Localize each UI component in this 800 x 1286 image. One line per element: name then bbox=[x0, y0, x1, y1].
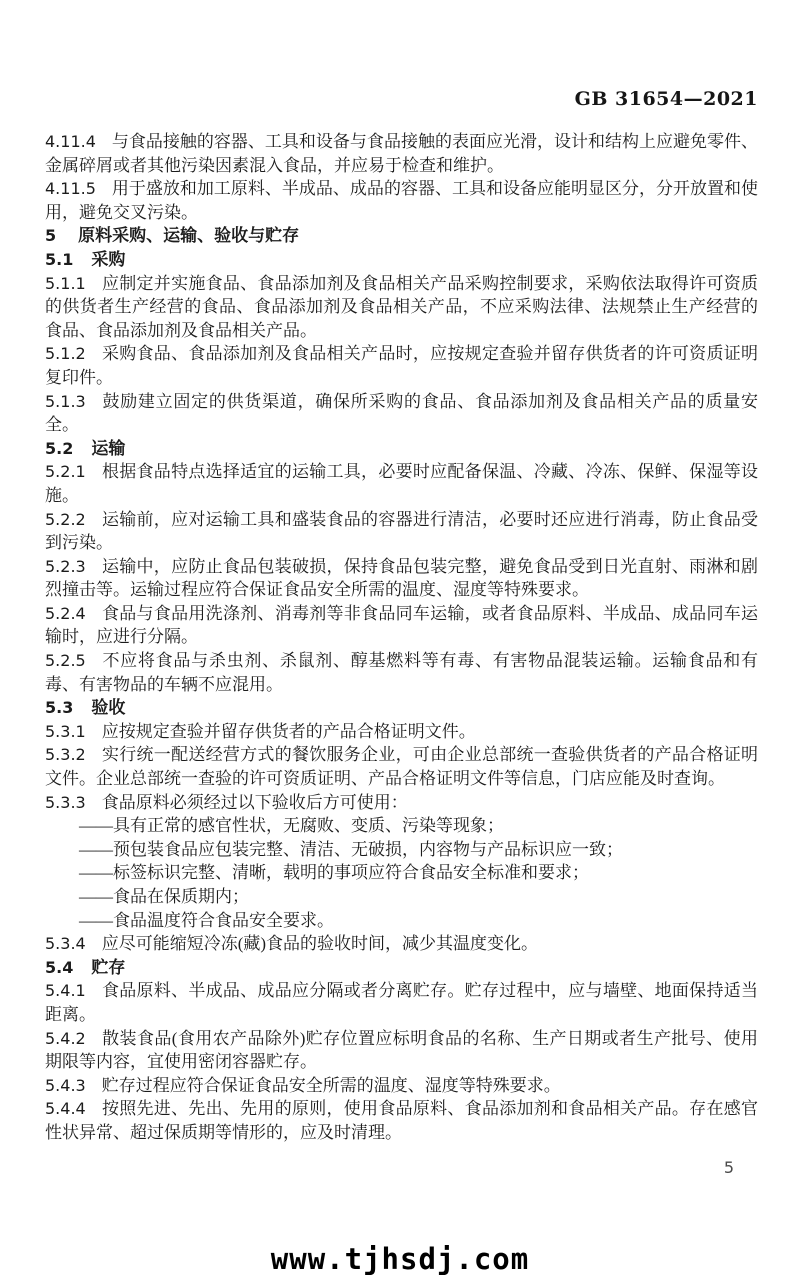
clause-5-2-4: 5.2.4食品与食品用洗涤剂、消毒剂等非食品同车运输，或者食品原料、半成品、成品… bbox=[45, 602, 758, 649]
clause-number: 5.3.4 bbox=[45, 934, 86, 953]
clause-text: 不应将食品与杀虫剂、杀鼠剂、醇基燃料等有毒、有害物品混装运输。运输食品和有毒、有… bbox=[45, 651, 758, 694]
list-item: ——食品温度符合食品安全要求。 bbox=[45, 909, 758, 933]
clause-text: 食品原料必须经过以下验收后方可使用： bbox=[102, 793, 408, 812]
clause-text: 采购食品、食品添加剂及食品相关产品时，应按规定查验并留存供货者的许可资质证明复印… bbox=[45, 344, 758, 387]
clause-number: 4.11.4 bbox=[45, 132, 96, 151]
clause-5-4-4: 5.4.4按照先进、先出、先用的原则，使用食品原料、食品添加剂和食品相关产品。存… bbox=[45, 1097, 758, 1144]
clause-text: 根据食品特点选择适宜的运输工具，必要时应配备保温、冷藏、冷冻、保鲜、保湿等设施。 bbox=[45, 462, 758, 505]
clause-number: 5.1.1 bbox=[45, 274, 86, 293]
section-title: 采购 bbox=[91, 250, 125, 269]
page-number: 5 bbox=[724, 1158, 734, 1177]
standard-code: GB 31654—2021 bbox=[575, 88, 758, 110]
clause-number: 5.3.3 bbox=[45, 793, 86, 812]
clause-number: 4.11.5 bbox=[45, 179, 96, 198]
clause-number: 5.2.1 bbox=[45, 462, 86, 481]
clause-text: 实行统一配送经营方式的餐饮服务企业，可由企业总部统一查验供货者的产品合格证明文件… bbox=[45, 745, 758, 788]
clause-5-4-2: 5.4.2散装食品(食用农产品除外)贮存位置应标明食品的名称、生产日期或者生产批… bbox=[45, 1027, 758, 1074]
clause-text: 用于盛放和加工原料、半成品、成品的容器、工具和设备应能明显区分，分开放置和使用，… bbox=[45, 179, 758, 222]
clause-number: 5.1.3 bbox=[45, 392, 86, 411]
clause-5-2-2: 5.2.2运输前，应对运输工具和盛装食品的容器进行清洁，必要时还应进行消毒，防止… bbox=[45, 508, 758, 555]
chapter-title: 原料采购、运输、验收与贮存 bbox=[78, 226, 299, 245]
clause-text: 散装食品(食用农产品除外)贮存位置应标明食品的名称、生产日期或者生产批号、使用期… bbox=[45, 1029, 758, 1072]
clause-text: 运输中，应防止食品包装破损，保持食品包装完整，避免食品受到日光直射、雨淋和剧烈撞… bbox=[45, 557, 758, 600]
section-heading-5-3: 5.3验收 bbox=[45, 696, 758, 720]
clause-5-3-3: 5.3.3食品原料必须经过以下验收后方可使用： bbox=[45, 791, 758, 815]
page-header: GB 31654—2021 bbox=[575, 88, 758, 110]
clause-text: 食品原料、半成品、成品应分隔或者分离贮存。贮存过程中，应与墙壁、地面保持适当距离… bbox=[45, 981, 758, 1024]
clause-number: 5.4.4 bbox=[45, 1099, 86, 1118]
clause-5-2-5: 5.2.5不应将食品与杀虫剂、杀鼠剂、醇基燃料等有毒、有害物品混装运输。运输食品… bbox=[45, 649, 758, 696]
clause-number: 5.3.2 bbox=[45, 745, 86, 764]
clause-5-2-1: 5.2.1根据食品特点选择适宜的运输工具，必要时应配备保温、冷藏、冷冻、保鲜、保… bbox=[45, 460, 758, 507]
clause-text: 运输前，应对运输工具和盛装食品的容器进行清洁，必要时还应进行消毒，防止食品受到污… bbox=[45, 510, 758, 553]
list-item: ——标签标识完整、清晰，载明的事项应符合食品安全标准和要求； bbox=[45, 861, 758, 885]
section-heading-5-4: 5.4贮存 bbox=[45, 956, 758, 980]
section-number: 5.3 bbox=[45, 698, 73, 717]
section-number: 5.1 bbox=[45, 250, 73, 269]
clause-5-1-2: 5.1.2采购食品、食品添加剂及食品相关产品时，应按规定查验并留存供货者的许可资… bbox=[45, 342, 758, 389]
chapter-number: 5 bbox=[45, 226, 56, 245]
section-title: 运输 bbox=[91, 439, 125, 458]
clause-number: 5.2.5 bbox=[45, 651, 86, 670]
clause-text: 鼓励建立固定的供货渠道，确保所采购的食品、食品添加剂及食品相关产品的质量安全。 bbox=[45, 392, 758, 435]
watermark-url: www.tjhsdj.com bbox=[0, 1242, 800, 1276]
clause-5-3-4: 5.3.4应尽可能缩短冷冻(藏)食品的验收时间，减少其温度变化。 bbox=[45, 932, 758, 956]
clause-text: 贮存过程应符合保证食品安全所需的温度、湿度等特殊要求。 bbox=[102, 1076, 561, 1095]
clause-text: 按照先进、先出、先用的原则，使用食品原料、食品添加剂和食品相关产品。存在感官性状… bbox=[45, 1099, 758, 1142]
list-item: ——预包装食品应包装完整、清洁、无破损，内容物与产品标识应一致； bbox=[45, 838, 758, 862]
list-item: ——食品在保质期内； bbox=[45, 885, 758, 909]
clause-text: 与食品接触的容器、工具和设备与食品接触的表面应光滑，设计和结构上应避免零件、金属… bbox=[45, 132, 758, 175]
clause-text: 应制定并实施食品、食品添加剂及食品相关产品采购控制要求，采购依法取得许可资质的供… bbox=[45, 274, 758, 340]
clause-5-1-1: 5.1.1应制定并实施食品、食品添加剂及食品相关产品采购控制要求，采购依法取得许… bbox=[45, 272, 758, 343]
clause-4-11-4: 4.11.4与食品接触的容器、工具和设备与食品接触的表面应光滑，设计和结构上应避… bbox=[45, 130, 758, 177]
clause-number: 5.3.1 bbox=[45, 722, 86, 741]
document-page: GB 31654—2021 4.11.4与食品接触的容器、工具和设备与食品接触的… bbox=[0, 0, 800, 1286]
section-title: 贮存 bbox=[91, 958, 125, 977]
clause-5-2-3: 5.2.3运输中，应防止食品包装破损，保持食品包装完整，避免食品受到日光直射、雨… bbox=[45, 555, 758, 602]
clause-number: 5.2.3 bbox=[45, 557, 86, 576]
clause-4-11-5: 4.11.5用于盛放和加工原料、半成品、成品的容器、工具和设备应能明显区分，分开… bbox=[45, 177, 758, 224]
clause-number: 5.1.2 bbox=[45, 344, 86, 363]
section-title: 验收 bbox=[91, 698, 125, 717]
clause-text: 应尽可能缩短冷冻(藏)食品的验收时间，减少其温度变化。 bbox=[102, 934, 538, 953]
clause-number: 5.4.3 bbox=[45, 1076, 86, 1095]
clause-number: 5.4.1 bbox=[45, 981, 86, 1000]
section-number: 5.4 bbox=[45, 958, 73, 977]
chapter-heading-5: 5原料采购、运输、验收与贮存 bbox=[45, 224, 758, 248]
clause-number: 5.2.2 bbox=[45, 510, 86, 529]
clause-text: 食品与食品用洗涤剂、消毒剂等非食品同车运输，或者食品原料、半成品、成品同车运输时… bbox=[45, 604, 758, 647]
clause-5-4-3: 5.4.3贮存过程应符合保证食品安全所需的温度、湿度等特殊要求。 bbox=[45, 1074, 758, 1098]
section-heading-5-1: 5.1采购 bbox=[45, 248, 758, 272]
clause-number: 5.2.4 bbox=[45, 604, 86, 623]
clause-text: 应按规定查验并留存供货者的产品合格证明文件。 bbox=[102, 722, 476, 741]
clause-5-1-3: 5.1.3鼓励建立固定的供货渠道，确保所采购的食品、食品添加剂及食品相关产品的质… bbox=[45, 390, 758, 437]
clause-5-3-1: 5.3.1应按规定查验并留存供货者的产品合格证明文件。 bbox=[45, 720, 758, 744]
clause-5-3-2: 5.3.2实行统一配送经营方式的餐饮服务企业，可由企业总部统一查验供货者的产品合… bbox=[45, 743, 758, 790]
clause-5-4-1: 5.4.1食品原料、半成品、成品应分隔或者分离贮存。贮存过程中，应与墙壁、地面保… bbox=[45, 979, 758, 1026]
document-body: 4.11.4与食品接触的容器、工具和设备与食品接触的表面应光滑，设计和结构上应避… bbox=[45, 130, 758, 1145]
clause-number: 5.4.2 bbox=[45, 1029, 86, 1048]
list-item: ——具有正常的感官性状，无腐败、变质、污染等现象； bbox=[45, 814, 758, 838]
section-heading-5-2: 5.2运输 bbox=[45, 437, 758, 461]
section-number: 5.2 bbox=[45, 439, 73, 458]
